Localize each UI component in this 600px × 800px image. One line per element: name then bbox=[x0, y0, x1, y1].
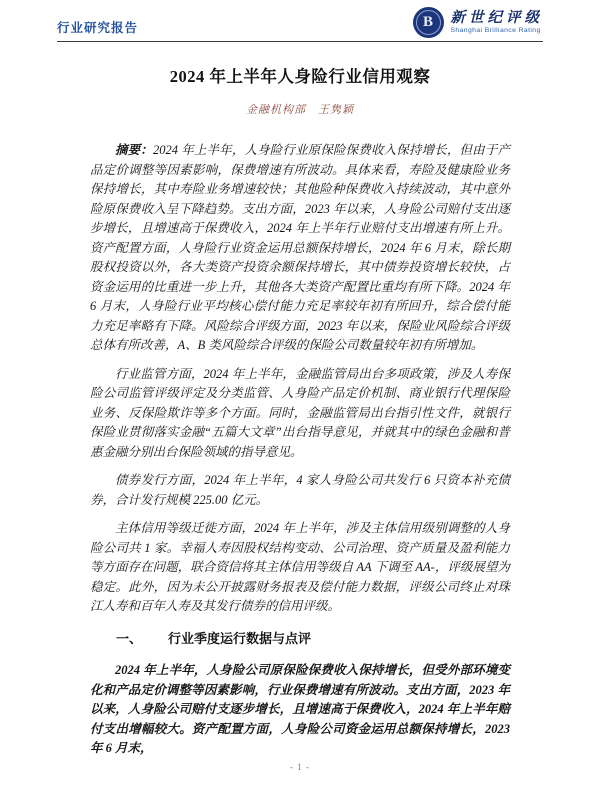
brand-wordmark: 新世纪评级 Shanghai Brilliance Rating bbox=[451, 10, 544, 35]
paragraph-regulation: 行业监管方面，2024 年上半年，金融监管局出台多项政策，涉及人寿保险公司监管评… bbox=[90, 365, 510, 463]
header-divider bbox=[57, 41, 543, 42]
abstract-paragraph: 摘要：2024 年上半年，人身险行业原保险保费收入保持增长，但由于产品定价调整等… bbox=[90, 141, 510, 356]
brand-logo: B 新世纪评级 Shanghai Brilliance Rating bbox=[413, 7, 544, 38]
section-title: 行业季度运行数据与点评 bbox=[168, 631, 311, 646]
section-number: 一、 bbox=[116, 631, 142, 646]
page-header: 行业研究报告 B 新世纪评级 Shanghai Brilliance Ratin… bbox=[57, 0, 543, 38]
section-heading: 一、行业季度运行数据与点评 bbox=[90, 629, 510, 649]
report-type-label: 行业研究报告 bbox=[57, 18, 138, 38]
brand-name-en: Shanghai Brilliance Rating bbox=[451, 27, 544, 35]
abstract-label: 摘要： bbox=[115, 143, 153, 157]
paragraph-credit-migration: 主体信用等级迁徙方面，2024 年上半年，涉及主体信用级别调整的人身险公司共 1… bbox=[90, 519, 510, 617]
page-title: 2024 年上半年人身险行业信用观察 bbox=[0, 63, 600, 87]
paragraph-bond-issuance: 债券发行方面，2024 年上半年，4 家人身险公司共发行 6 只资本补充债券，合… bbox=[90, 471, 510, 510]
page-number: - 1 - bbox=[0, 762, 600, 772]
section-body-paragraph: 2024 年上半年，人身险公司原保险保费收入保持增长，但受外部环境变化和产品定价… bbox=[90, 661, 510, 759]
badge-letter: B bbox=[413, 7, 444, 38]
brilliance-badge-icon: B bbox=[413, 7, 444, 38]
document-body: 摘要：2024 年上半年，人身险行业原保险保费收入保持增长，但由于产品定价调整等… bbox=[90, 141, 510, 759]
report-page: 行业研究报告 B 新世纪评级 Shanghai Brilliance Ratin… bbox=[0, 0, 600, 800]
abstract-text: 2024 年上半年，人身险行业原保险保费收入保持增长，但由于产品定价调整等因素影… bbox=[90, 143, 510, 352]
byline: 金融机构部 王隽颖 bbox=[0, 101, 600, 117]
brand-name-cn: 新世纪评级 bbox=[451, 10, 544, 27]
